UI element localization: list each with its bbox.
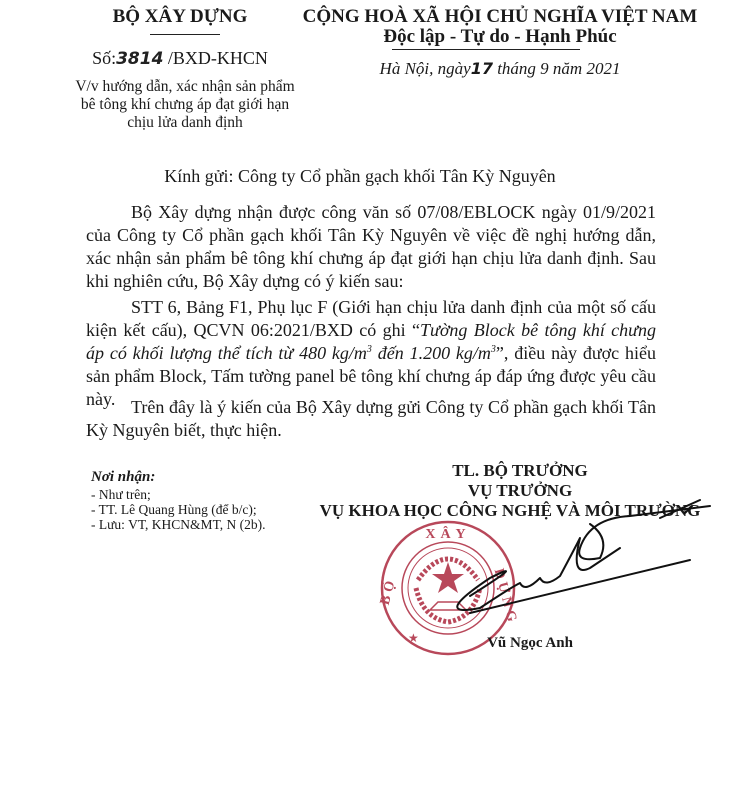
recipient-item: - TT. Lê Quang Hùng (để b/c);	[91, 502, 266, 517]
doc-number-prefix: Số:	[92, 48, 116, 68]
organization-underline	[150, 34, 220, 35]
recipient-item: - Lưu: VT, KHCN&MT, N (2b).	[91, 517, 266, 532]
place-prefix: Hà Nội, ngày	[380, 59, 471, 78]
subject-line: bê tông khí chưng áp đạt giới hạn	[60, 96, 310, 114]
doc-number-suffix: /BXD-KHCN	[163, 48, 268, 68]
doc-number-handwritten: 3814	[116, 49, 163, 69]
document-subject: V/v hướng dẫn, xác nhận sản phẩm bê tông…	[60, 78, 310, 132]
place-and-date: Hà Nội, ngày17 tháng 9 năm 2021	[290, 59, 710, 79]
body-paragraph-2: STT 6, Bảng F1, Phụ lục F (Giới hạn chịu…	[86, 296, 656, 411]
date-suffix: tháng 9 năm 2021	[493, 59, 621, 78]
recipients-list: Nơi nhận: - Như trên; - TT. Lê Quang Hùn…	[91, 469, 266, 532]
document-number: Số:3814 /BXD-KHCN	[60, 48, 300, 69]
body-paragraph-3: Trên đây là ý kiến của Bộ Xây dựng gửi C…	[86, 396, 656, 442]
subject-line: V/v hướng dẫn, xác nhận sản phẩm	[60, 78, 310, 96]
signatory-title-1: TL. BỘ TRƯỞNG	[330, 461, 710, 481]
seal-text-left: BỘ	[378, 575, 400, 607]
motto-underline	[392, 49, 580, 50]
recipient-item: - Như trên;	[91, 487, 266, 502]
issuing-organization: BỘ XÂY DỰNG	[60, 6, 300, 28]
day-handwritten: 17	[471, 59, 493, 78]
recipient-line: Kính gửi: Công ty Cổ phần gạch khối Tân …	[80, 166, 640, 187]
subject-line: chịu lửa danh định	[60, 114, 310, 132]
signer-name: Vũ Ngọc Anh	[430, 635, 630, 652]
recipients-title: Nơi nhận:	[91, 469, 266, 486]
seal-star: ★	[408, 631, 419, 645]
national-title: CỘNG HOÀ XÃ HỘI CHỦ NGHĨA VIỆT NAM	[290, 6, 710, 28]
national-motto: Độc lập - Tự do - Hạnh Phúc	[290, 26, 710, 48]
body-paragraph-1: Bộ Xây dựng nhận được công văn số 07/08/…	[86, 201, 656, 293]
quote-part-b: đến 1.200 kg/m	[372, 343, 491, 363]
handwritten-signature-icon	[430, 488, 730, 658]
